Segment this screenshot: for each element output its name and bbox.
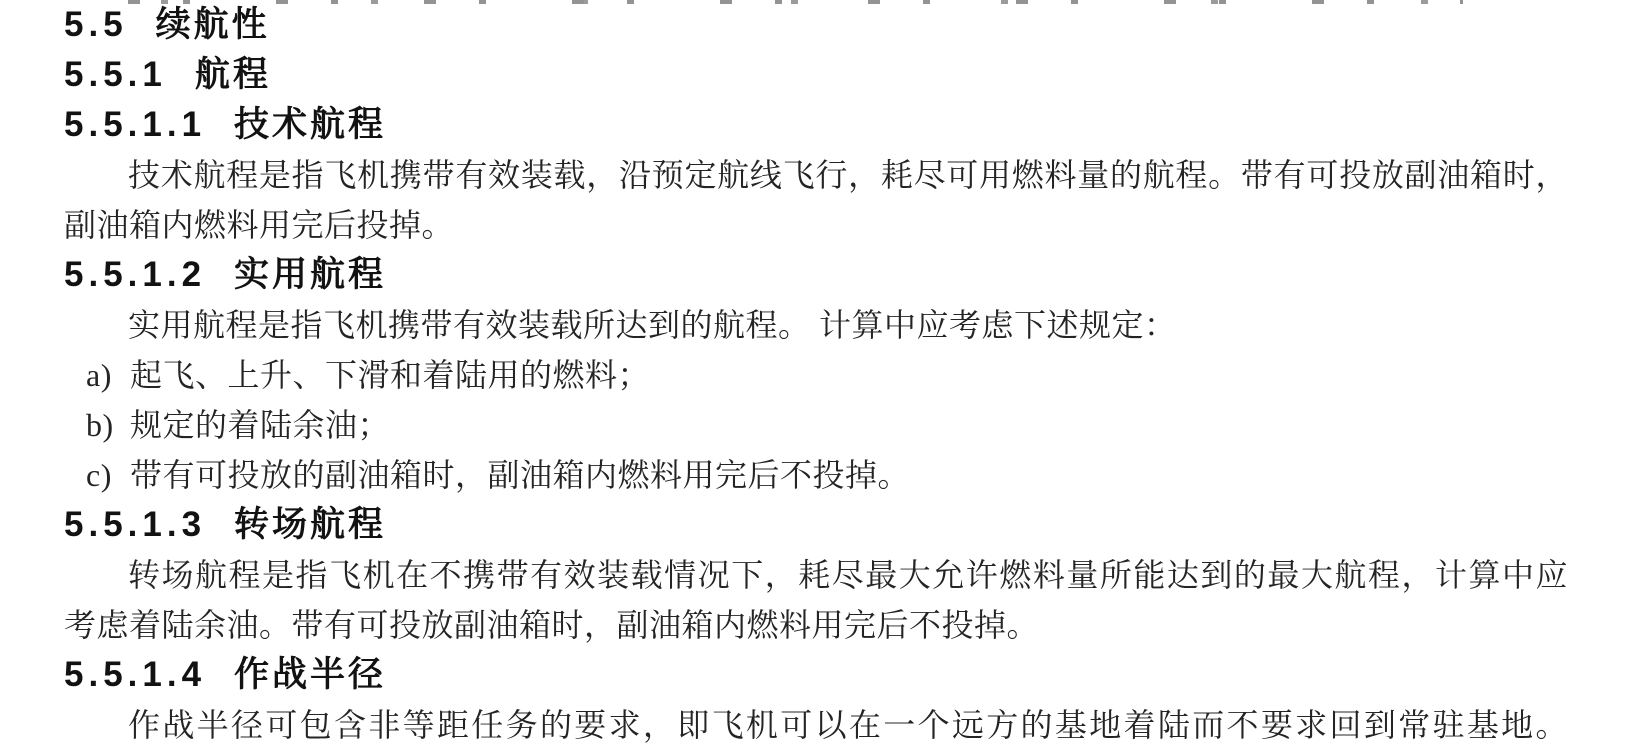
section-number: 5.5.1.4 — [64, 655, 206, 694]
paragraph-line: 副油箱内燃料用完后投掉。 — [64, 200, 1568, 250]
section-number: 5.5.1.3 — [64, 505, 206, 544]
section-number: 5.5 — [64, 5, 128, 44]
list-item: c)带有可投放的副油箱时，副油箱内燃料用完后不投掉。 — [64, 450, 1568, 500]
paragraph-line: 实用航程是指飞机携带有效装载所达到的航程。 计算中应考虑下述规定： — [64, 300, 1568, 350]
section-heading: 5.5.1.4作战半径 — [64, 650, 1568, 700]
list-text: 带有可投放的副油箱时，副油箱内燃料用完后不投掉。 — [130, 457, 910, 493]
document-page: 5.5续航性5.5.1航程5.5.1.1技术航程技术航程是指飞机携带有效装载，沿… — [0, 0, 1632, 750]
section-title: 实用航程 — [234, 255, 386, 294]
section-title: 技术航程 — [234, 105, 386, 144]
section-heading: 5.5.1.1技术航程 — [64, 100, 1568, 150]
list-text: 起飞、上升、下滑和着陆用的燃料； — [130, 357, 650, 393]
section-number: 5.5.1.2 — [64, 255, 206, 294]
section-title: 航程 — [195, 55, 271, 94]
section-title: 转场航程 — [234, 505, 386, 544]
list-label: b) — [86, 400, 130, 450]
section-title: 续航性 — [156, 5, 270, 44]
list-item: b)规定的着陆余油； — [64, 400, 1568, 450]
section-heading: 5.5续航性 — [64, 0, 1568, 50]
section-number: 5.5.1.1 — [64, 105, 206, 144]
document-lines: 5.5续航性5.5.1航程5.5.1.1技术航程技术航程是指飞机携带有效装载，沿… — [0, 0, 1632, 750]
section-heading: 5.5.1航程 — [64, 50, 1568, 100]
section-title: 作战半径 — [234, 655, 386, 694]
list-label: a) — [86, 350, 130, 400]
paragraph-line: 技术航程是指飞机携带有效装载，沿预定航线飞行，耗尽可用燃料量的航程。带有可投放副… — [64, 150, 1568, 200]
paragraph-line: 转场航程是指飞机在不携带有效装载情况下，耗尽最大允许燃料量所能达到的最大航程，计… — [64, 550, 1568, 600]
section-number: 5.5.1 — [64, 55, 167, 94]
list-label: c) — [86, 450, 130, 500]
paragraph-line: 考虑着陆余油。带有可投放副油箱时，副油箱内燃料用完后不投掉。 — [64, 600, 1568, 650]
list-text: 规定的着陆余油； — [130, 407, 390, 443]
section-heading: 5.5.1.2实用航程 — [64, 250, 1568, 300]
list-item: a)起飞、上升、下滑和着陆用的燃料； — [64, 350, 1568, 400]
section-heading: 5.5.1.3转场航程 — [64, 500, 1568, 550]
paragraph-line: 作战半径可包含非等距任务的要求，即飞机可以在一个远方的基地着陆而不要求回到常驻基… — [64, 700, 1568, 750]
